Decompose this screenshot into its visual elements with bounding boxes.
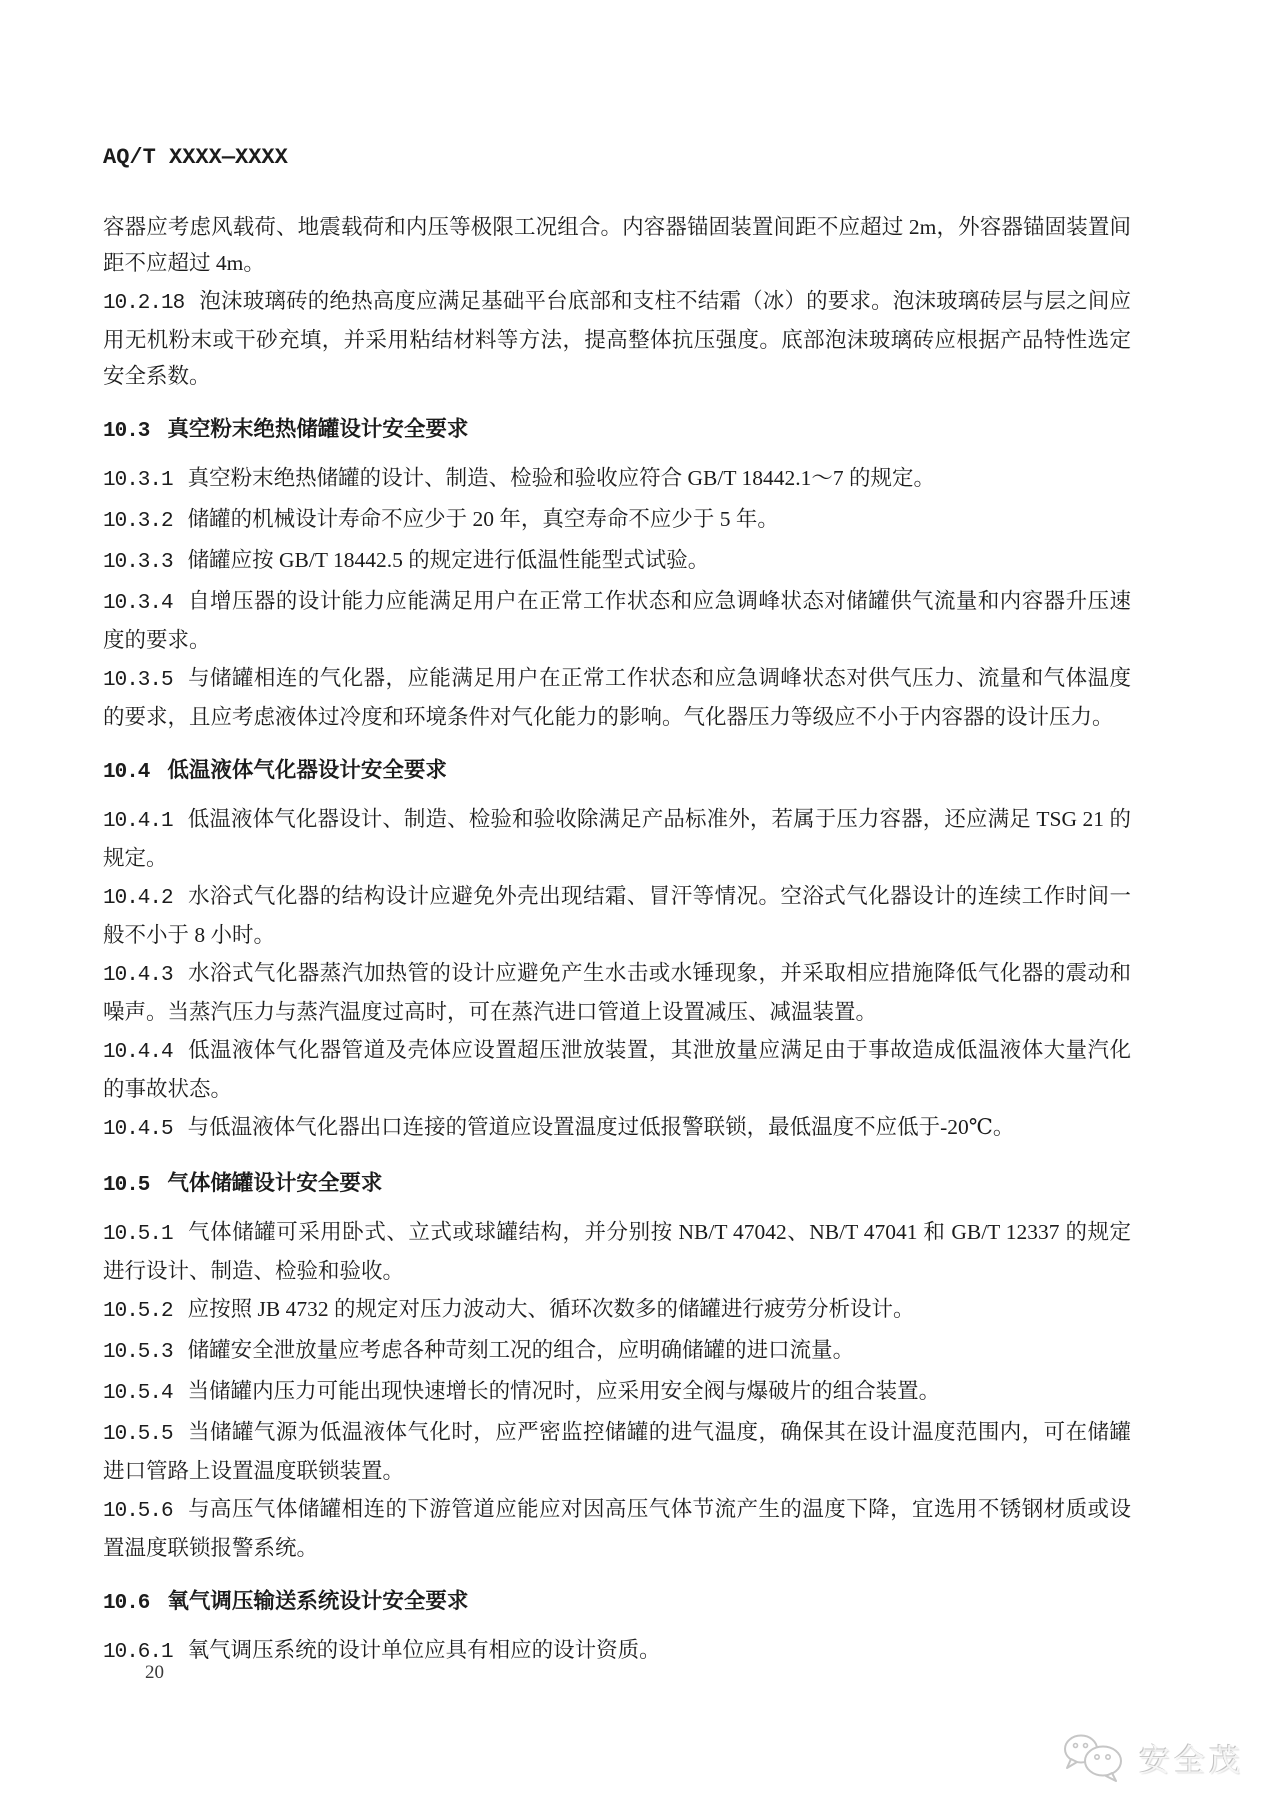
section-number: 10.6 <box>103 1592 149 1615</box>
clause-number: 10.4.5 <box>103 1118 173 1141</box>
section-heading-10-6: 10.6氧气调压输送系统设计安全要求 <box>103 1584 1131 1622</box>
paragraph-continuation: 容器应考虑风载荷、地震载荷和内压等极限工况组合。内容器锚固装置间距不应超过 2m… <box>103 209 1131 281</box>
section-number: 10.4 <box>103 761 149 784</box>
clause-text: 泡沫玻璃砖的绝热高度应满足基础平台底部和支柱不结霜（冰）的要求。泡沫玻璃砖层与层… <box>103 289 1131 388</box>
clause-text: 自增压器的设计能力应能满足用户在正常工作状态和应急调峰状态对储罐供气流量和内容器… <box>103 589 1131 652</box>
clause-10-3-5: 10.3.5与储罐相连的气化器，应能满足用户在正常工作状态和应急调峰状态对供气压… <box>103 660 1131 735</box>
clause-text: 水浴式气化器的结构设计应避免外壳出现结霜、冒汗等情况。空浴式气化器设计的连续工作… <box>103 884 1131 947</box>
clause-number: 10.4.1 <box>103 810 173 833</box>
clause-10-4-1: 10.4.1低温液体气化器设计、制造、检验和验收除满足产品标准外，若属于压力容器… <box>103 801 1131 876</box>
watermark-text: 安全茂 <box>1139 1735 1244 1780</box>
clause-number: 10.5.1 <box>103 1223 173 1246</box>
paragraph-text: 容器应考虑风载荷、地震载荷和内压等极限工况组合。内容器锚固装置间距不应超过 2m… <box>103 215 1131 275</box>
watermark: 安全茂 <box>1057 1732 1244 1782</box>
clause-text: 真空粉末绝热储罐的设计、制造、检验和验收应符合 GB/T 18442.1～7 的… <box>188 466 935 490</box>
clause-text: 氧气调压系统的设计单位应具有相应的设计资质。 <box>188 1638 661 1662</box>
clause-text: 与低温液体气化器出口连接的管道应设置温度过低报警联锁，最低温度不应低于-20℃。 <box>188 1115 1015 1139</box>
document-content: AQ/T XXXX—XXXX 容器应考虑风载荷、地震载荷和内压等极限工况组合。内… <box>103 145 1131 1673</box>
clause-text: 应按照 JB 4732 的规定对压力波动大、循环次数多的储罐进行疲劳分析设计。 <box>188 1297 915 1321</box>
section-number: 10.3 <box>103 420 149 443</box>
clause-10-6-1: 10.6.1氧气调压系统的设计单位应具有相应的设计资质。 <box>103 1632 1131 1671</box>
clause-text: 储罐的机械设计寿命不应少于 20 年，真空寿命不应少于 5 年。 <box>188 507 779 531</box>
clause-10-5-1: 10.5.1气体储罐可采用卧式、立式或球罐结构，并分别按 NB/T 47042、… <box>103 1214 1131 1289</box>
clause-10-3-2: 10.3.2储罐的机械设计寿命不应少于 20 年，真空寿命不应少于 5 年。 <box>103 501 1131 540</box>
clause-number: 10.5.5 <box>103 1423 173 1446</box>
section-heading-10-4: 10.4低温液体气化器设计安全要求 <box>103 753 1131 791</box>
page-number: 20 <box>145 1662 164 1684</box>
section-heading-10-3: 10.3真空粉末绝热储罐设计安全要求 <box>103 412 1131 450</box>
clause-10-5-4: 10.5.4当储罐内压力可能出现快速增长的情况时，应采用安全阀与爆破片的组合装置… <box>103 1373 1131 1412</box>
clause-number: 10.2.18 <box>103 292 184 315</box>
section-title: 气体储罐设计安全要求 <box>167 1171 382 1196</box>
section-number: 10.5 <box>103 1174 149 1197</box>
clause-text: 储罐应按 GB/T 18442.5 的规定进行低温性能型式试验。 <box>188 548 710 572</box>
clause-10-5-2: 10.5.2应按照 JB 4732 的规定对压力波动大、循环次数多的储罐进行疲劳… <box>103 1291 1131 1330</box>
clause-10-3-4: 10.3.4自增压器的设计能力应能满足用户在正常工作状态和应急调峰状态对储罐供气… <box>103 583 1131 658</box>
section-title: 氧气调压输送系统设计安全要求 <box>167 1589 468 1614</box>
clause-number: 10.3.4 <box>103 592 173 615</box>
section-title: 低温液体气化器设计安全要求 <box>167 758 447 783</box>
wechat-chat-bubbles-icon <box>1057 1732 1131 1782</box>
clause-text: 气体储罐可采用卧式、立式或球罐结构，并分别按 NB/T 47042、NB/T 4… <box>103 1220 1131 1283</box>
clause-10-3-3: 10.3.3储罐应按 GB/T 18442.5 的规定进行低温性能型式试验。 <box>103 542 1131 581</box>
clause-10-5-3: 10.5.3储罐安全泄放量应考虑各种苛刻工况的组合，应明确储罐的进口流量。 <box>103 1332 1131 1371</box>
clause-10-3-1: 10.3.1真空粉末绝热储罐的设计、制造、检验和验收应符合 GB/T 18442… <box>103 460 1131 499</box>
clause-text: 当储罐内压力可能出现快速增长的情况时，应采用安全阀与爆破片的组合装置。 <box>188 1379 941 1403</box>
standard-code-header: AQ/T XXXX—XXXX <box>103 145 1131 171</box>
clause-10-2-18: 10.2.18泡沫玻璃砖的绝热高度应满足基础平台底部和支柱不结霜（冰）的要求。泡… <box>103 283 1131 394</box>
clause-number: 10.5.6 <box>103 1500 173 1523</box>
clause-10-4-3: 10.4.3水浴式气化器蒸汽加热管的设计应避免产生水击或水锤现象，并采取相应措施… <box>103 955 1131 1030</box>
clause-number: 10.3.5 <box>103 669 173 692</box>
clause-number: 10.5.3 <box>103 1341 173 1364</box>
clause-number: 10.4.3 <box>103 964 173 987</box>
clause-text: 水浴式气化器蒸汽加热管的设计应避免产生水击或水锤现象，并采取相应措施降低气化器的… <box>103 961 1131 1024</box>
clause-text: 与储罐相连的气化器，应能满足用户在正常工作状态和应急调峰状态对供气压力、流量和气… <box>103 666 1131 729</box>
clause-text: 储罐安全泄放量应考虑各种苛刻工况的组合，应明确储罐的进口流量。 <box>188 1338 855 1362</box>
clause-10-4-5: 10.4.5与低温液体气化器出口连接的管道应设置温度过低报警联锁，最低温度不应低… <box>103 1109 1131 1148</box>
clause-text: 当储罐气源为低温液体气化时，应严密监控储罐的进气温度，确保其在设计温度范围内，可… <box>103 1420 1131 1483</box>
clause-number: 10.3.2 <box>103 510 173 533</box>
section-title: 真空粉末绝热储罐设计安全要求 <box>167 417 468 442</box>
clause-10-4-2: 10.4.2水浴式气化器的结构设计应避免外壳出现结霜、冒汗等情况。空浴式气化器设… <box>103 878 1131 953</box>
clause-10-4-4: 10.4.4低温液体气化器管道及壳体应设置超压泄放装置，其泄放量应满足由于事故造… <box>103 1032 1131 1107</box>
clause-number: 10.5.2 <box>103 1300 173 1323</box>
clause-number: 10.3.1 <box>103 469 173 492</box>
clause-number: 10.5.4 <box>103 1382 173 1405</box>
clause-10-5-5: 10.5.5当储罐气源为低温液体气化时，应严密监控储罐的进气温度，确保其在设计温… <box>103 1414 1131 1489</box>
clause-10-5-6: 10.5.6与高压气体储罐相连的下游管道应能应对因高压气体节流产生的温度下降，宜… <box>103 1491 1131 1566</box>
clause-text: 低温液体气化器管道及壳体应设置超压泄放装置，其泄放量应满足由于事故造成低温液体大… <box>103 1038 1131 1101</box>
clause-number: 10.4.2 <box>103 887 173 910</box>
clause-text: 与高压气体储罐相连的下游管道应能应对因高压气体节流产生的温度下降，宜选用不锈钢材… <box>103 1497 1131 1560</box>
clause-number: 10.3.3 <box>103 551 173 574</box>
clause-number: 10.4.4 <box>103 1041 173 1064</box>
document-page: AQ/T XXXX—XXXX 容器应考虑风载荷、地震载荷和内压等极限工况组合。内… <box>0 0 1280 1810</box>
section-heading-10-5: 10.5气体储罐设计安全要求 <box>103 1166 1131 1204</box>
clause-text: 低温液体气化器设计、制造、检验和验收除满足产品标准外，若属于压力容器，还应满足 … <box>103 807 1131 870</box>
clause-number: 10.6.1 <box>103 1641 173 1664</box>
